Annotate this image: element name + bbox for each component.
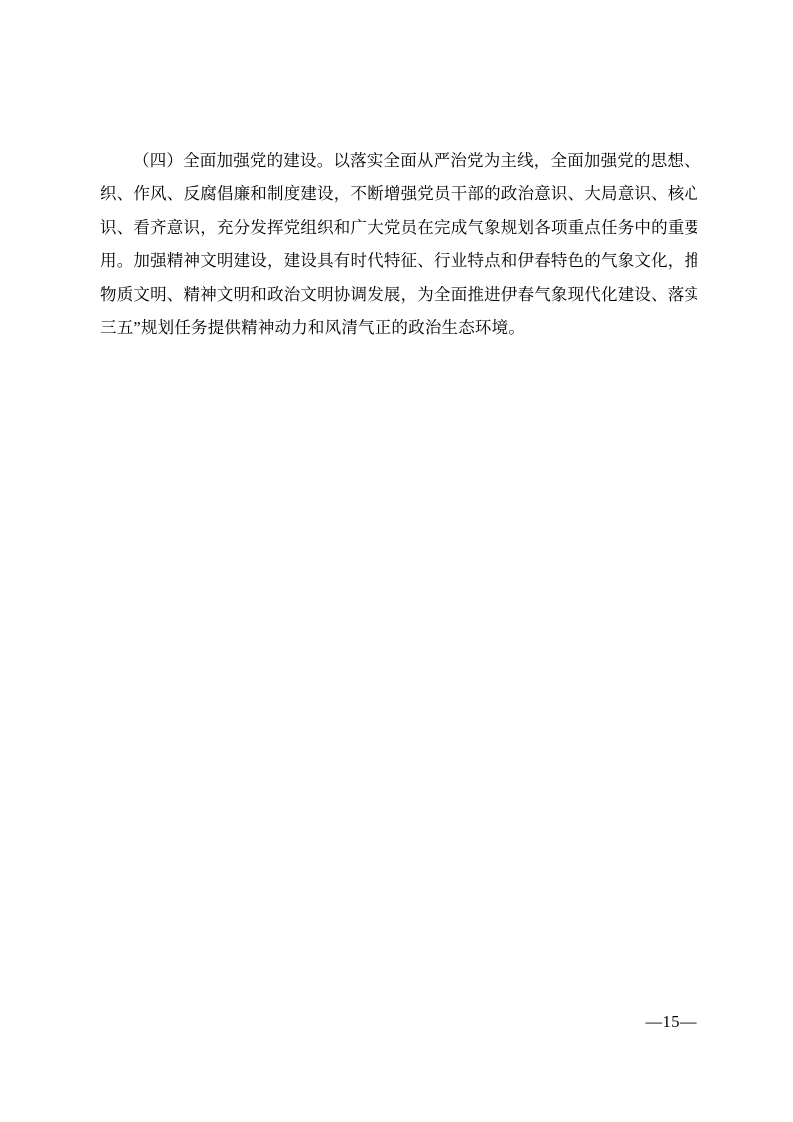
paragraph-line: 用。加强精神文明建设，建设具有时代特征、行业特点和伊春特色的气象文化，推动 — [100, 244, 697, 277]
paragraph-line: 三五”规划任务提供精神动力和风清气正的政治生态环境。 — [100, 311, 697, 344]
document-page: （四）全面加强党的建设。以落实全面从严治党为主线，全面加强党的思想、组 织、作风… — [0, 0, 793, 1122]
paragraph-line: 识、看齐意识，充分发挥党组织和广大党员在完成气象规划各项重点任务中的重要作 — [100, 211, 697, 244]
paragraph-line: 物质文明、精神文明和政治文明协调发展，为全面推进伊春气象现代化建设、落实“十 — [100, 278, 697, 311]
paragraph-line: （四）全面加强党的建设。以落实全面从严治党为主线，全面加强党的思想、组 — [100, 144, 697, 177]
body-paragraph: （四）全面加强党的建设。以落实全面从严治党为主线，全面加强党的思想、组 织、作风… — [100, 144, 697, 344]
page-number: —15— — [646, 1012, 698, 1032]
paragraph-line: 织、作风、反腐倡廉和制度建设，不断增强党员干部的政治意识、大局意识、核心意 — [100, 177, 697, 210]
